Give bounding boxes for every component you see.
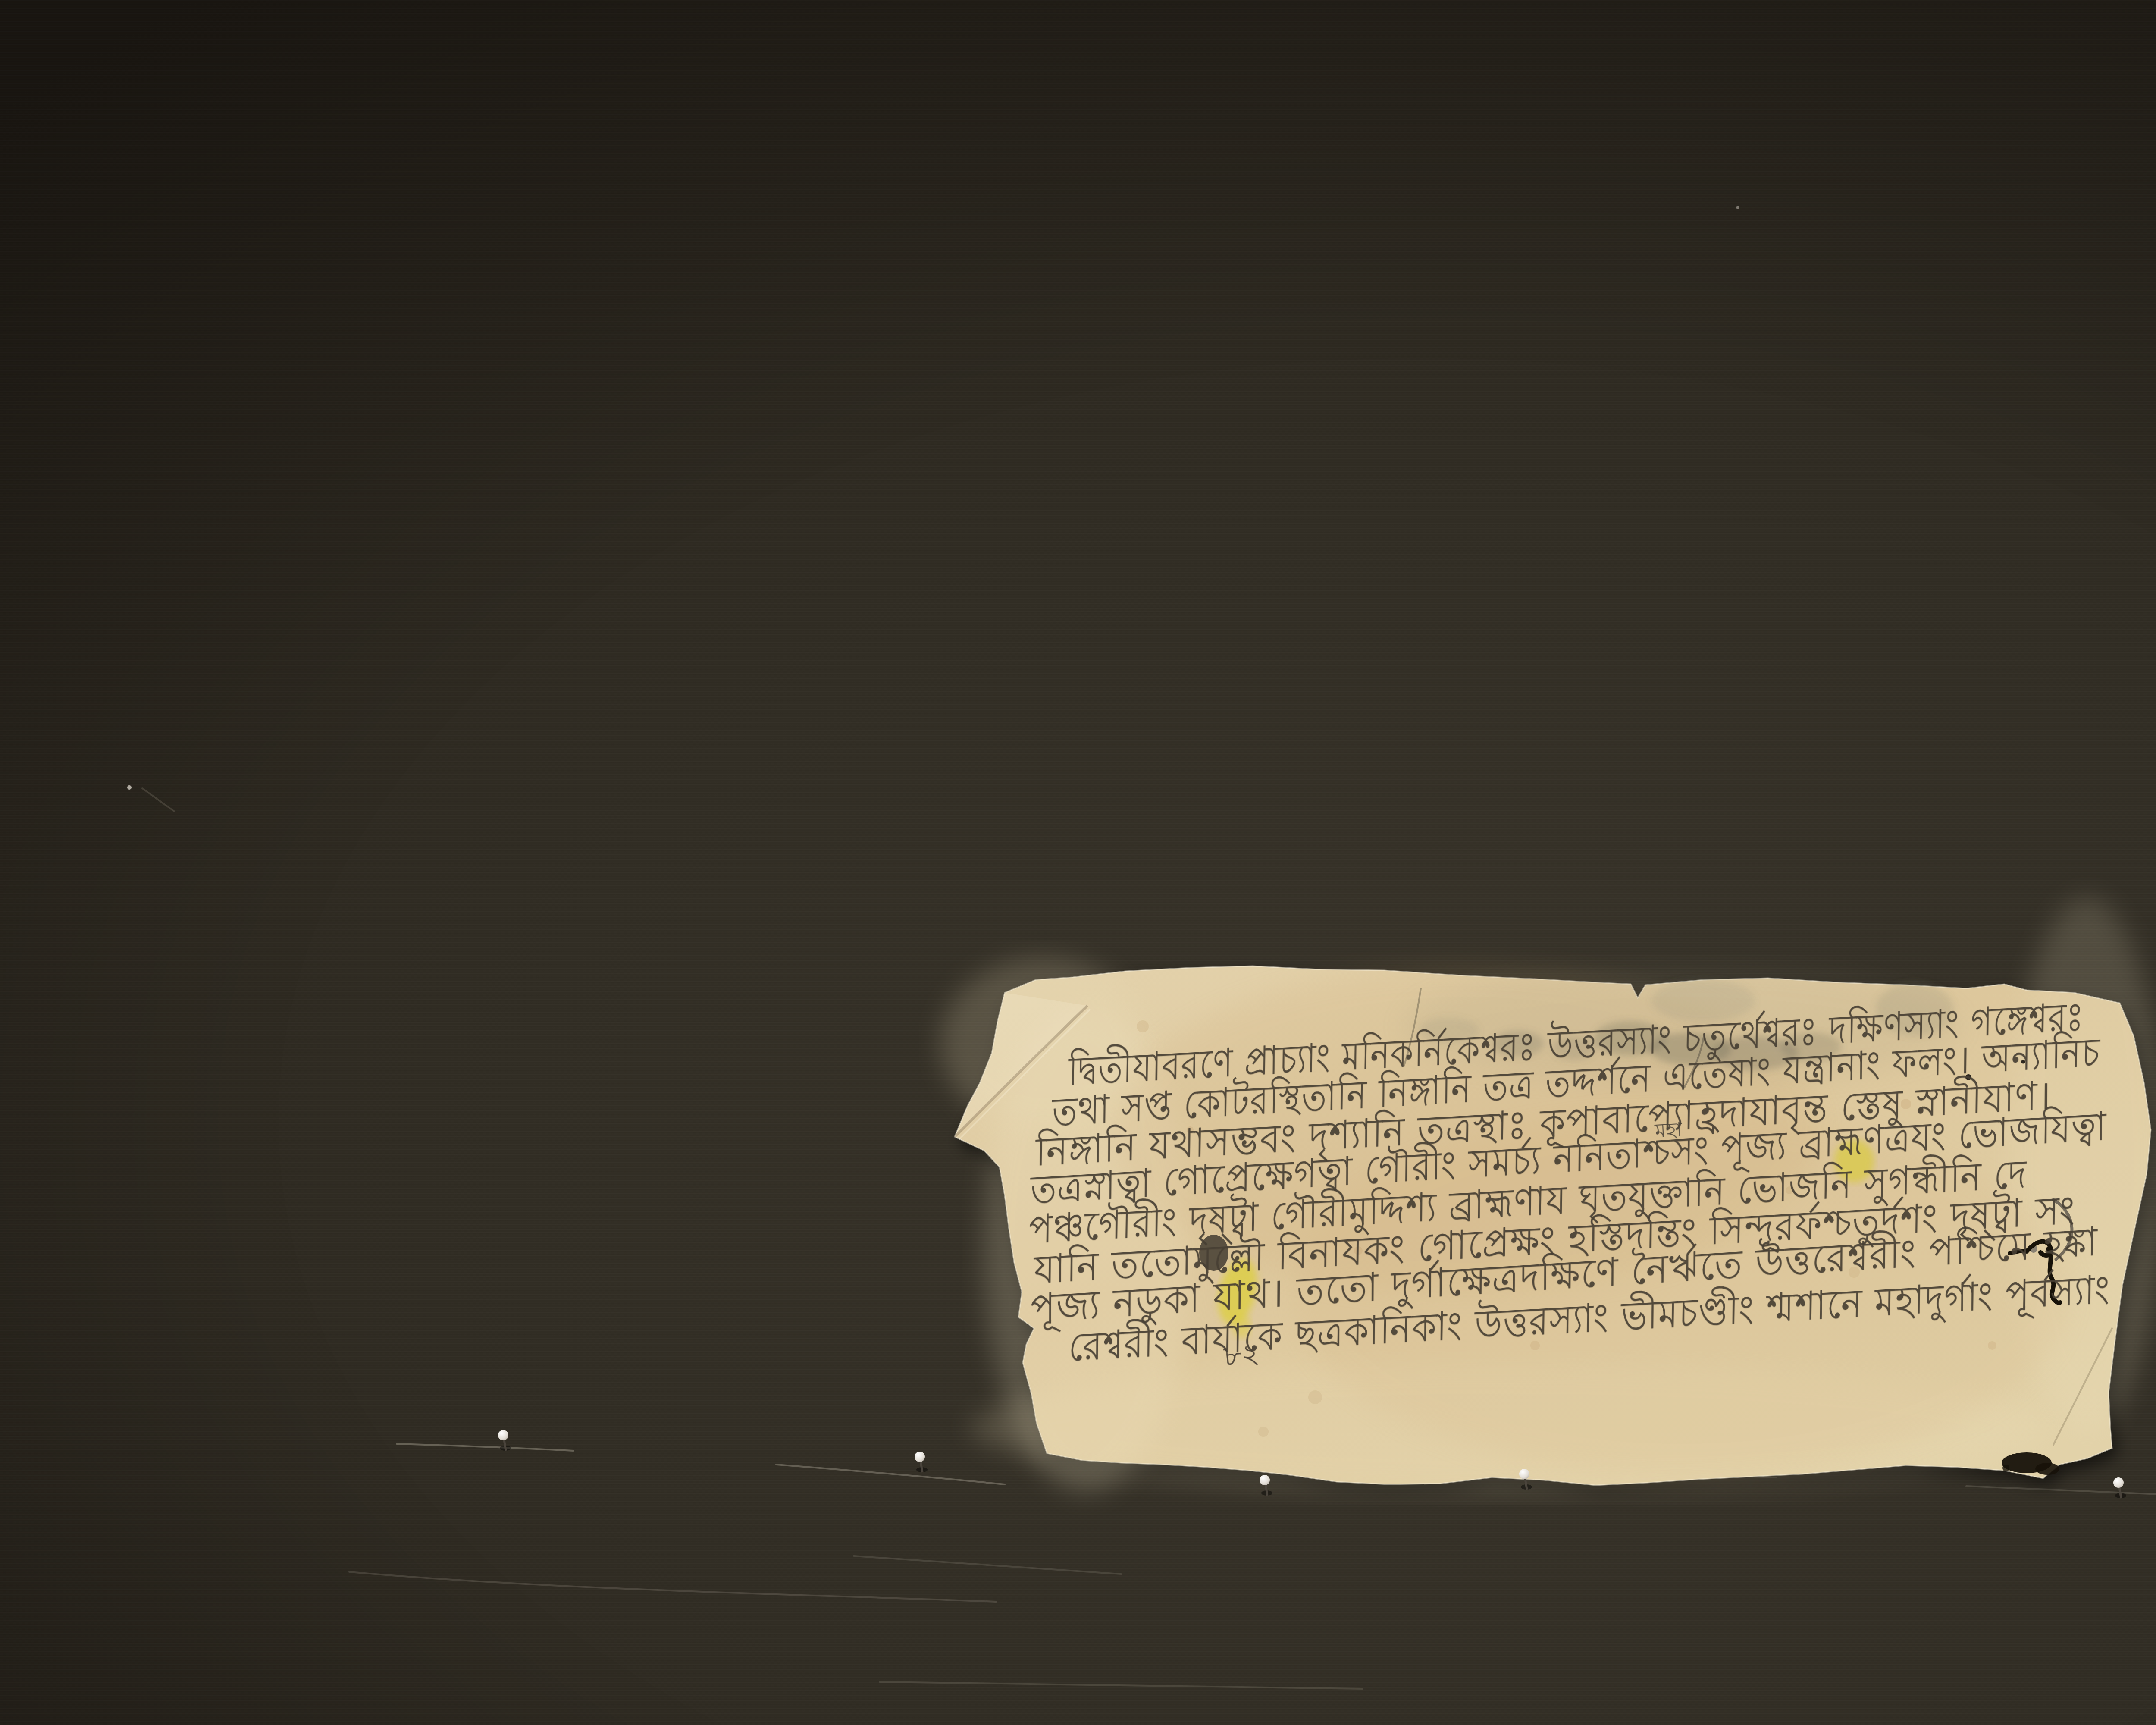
page-number: ৮২ xyxy=(1221,1333,1262,1382)
interlinear-correction: মহা xyxy=(1654,1115,1683,1149)
scene-artwork xyxy=(0,0,2156,1725)
vignette xyxy=(0,0,2156,1725)
manuscript-photograph: দ্বিতীযাবরণে প্রাচ্যাং মনিকর্নিকেশ্বরঃ উ… xyxy=(0,0,2156,1725)
